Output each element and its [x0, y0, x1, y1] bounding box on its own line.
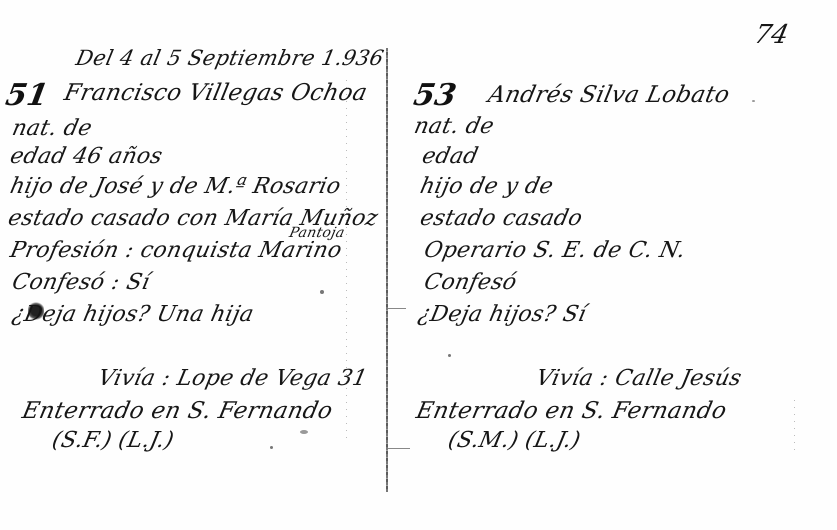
ink-speck [320, 290, 324, 294]
confeso-field: Confesó : Sí [10, 272, 152, 294]
fold-tick [388, 448, 410, 449]
profesion-field: Operario S. E. de C. N. [422, 240, 687, 262]
confeso-field: Confesó [422, 272, 519, 294]
ink-speck [300, 430, 308, 434]
enterrado-field: Enterrado en S. Fernando [414, 400, 729, 423]
hijo-de-field: hijo de y de [418, 176, 555, 198]
ink-speck [752, 100, 755, 102]
edad-field: edad [420, 146, 480, 168]
page-fold-divider [386, 48, 388, 492]
faint-margin-line [794, 400, 795, 450]
fold-tick [388, 308, 406, 309]
ink-speck [270, 446, 273, 449]
ink-speck [448, 354, 451, 357]
document-page: 74 Del 4 al 5 Septiembre 1.936 51 Franci… [0, 0, 837, 530]
enterrado-field: Enterrado en S. Fernando [20, 400, 335, 423]
entry-name: Francisco Villegas Ochoa [62, 82, 369, 105]
vivia-field: Vivía : Calle Jesús [534, 368, 744, 390]
natural-de-label: nat. de [412, 116, 496, 138]
page-number: 74 [752, 22, 791, 48]
estado-field: estado casado [418, 208, 584, 230]
deja-hijos-field: ¿Deja hijos? Sí [416, 304, 588, 326]
marks-field: (S.M.) (L.J.) [446, 430, 582, 452]
profesion-field: Profesión : conquista Marino [8, 240, 344, 262]
marks-field: (S.F.) (L.J.) [50, 430, 176, 452]
edad-field: edad 46 años [8, 146, 164, 168]
entry-number: 53 [411, 78, 459, 113]
vivia-field: Vivía : Lope de Vega 31 [96, 368, 369, 390]
date-heading: Del 4 al 5 Septiembre 1.936 [74, 48, 386, 69]
entry-name: Andrés Silva Lobato [486, 84, 732, 107]
entry-number: 51 [3, 78, 51, 113]
natural-de-label: nat. de [10, 118, 94, 140]
hijo-de-field: hijo de José y de M.ª Rosario [8, 176, 343, 198]
deja-hijos-field: ¿Deja hijos? Una hija [10, 304, 256, 326]
